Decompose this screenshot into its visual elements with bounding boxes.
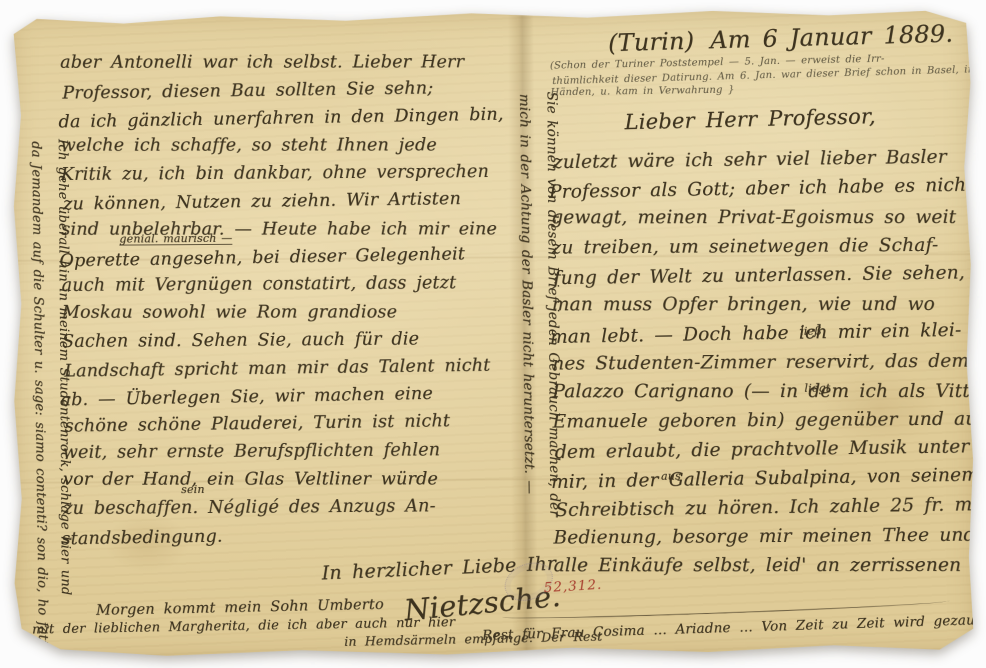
letter-scan: genial. maurisch — sein aber Antonelli w… [0,0,986,668]
place-turin: (Turin) [608,27,695,57]
right-body-line-2: Professor als Gott; aber ich habe es nic… [549,170,986,207]
editorial-annotation: (Schon der Turiner Poststempel — 5. Jan.… [550,51,986,102]
right-body-line-8: nes Studenten-Zimmer reservirt, das dem [552,347,986,379]
right-body-line-15: alle Einkäufe selbst, leid' an zerrissen… [554,551,986,580]
accession-number: 52,312. [543,577,602,596]
center-fold-note: Sie können von diesem Brief jeden Gebrau… [512,91,566,443]
left-body-line-16: vor der Hand, ein Glas Veltliner würde [63,466,507,494]
bottom-note-umberto: Morgen kommt mein Sohn Umberto [96,597,384,619]
center-margin-line-1: Sie können von diesem Brief jeden Gebrau… [538,91,566,443]
left-body-line-11: Sachen sind. Sehen Sie, auch für die [62,326,506,357]
right-page-body: ließ liegt aus zuletzt wäre ich sehr vie… [551,144,986,582]
left-page: genial. maurisch — sein aber Antonelli w… [60,48,508,587]
right-page: (Turin)Am 6 Januar 1889. (Schon der Turi… [550,23,986,582]
salutation: Lieber Herr Professor, [624,101,986,134]
right-body-line-5: fung der Welt zu unterlassen. Sie sehen, [553,258,986,293]
left-body-line-7: sind unbelehrbar. — Heute habe ich mir e… [61,216,505,244]
left-body-line-6: zu können, Nutzen zu ziehn. Wir Artisten [63,185,507,219]
left-margin-note: Ich gehe überall hin in meinem Studenten… [25,139,78,575]
date-6-januar-1889: Am 6 Januar 1889. [710,20,954,55]
left-margin-line-1: Ich gehe überall hin in meinem Studenten… [50,139,78,575]
right-body-line-13: Schreibtisch zu hören. Ich zahle 25 fr. … [555,490,986,525]
right-body-line-9: Palazzo Carignano (— in dem ich als Vitt… [552,377,986,406]
paper-wrapper: genial. maurisch — sein aber Antonelli w… [0,0,986,668]
right-body-line-10: Emanuele geboren bin) gegenüber und auße… [553,405,986,437]
left-body-line-10: Moskau sowohl wie Rom grandiose [62,299,506,327]
center-margin-line-2: mich in der Achtung der Basler nicht her… [511,94,542,446]
left-body-line-1: aber Antonelli war ich selbst. Lieber He… [60,49,504,77]
right-body-line-6: man muss Opfer bringen, wie und wo [552,290,986,319]
closing-formula: In herzlicher Liebe Ihr [321,553,508,589]
right-body-line-14: Bedienung, besorge mir meinen Thee und [553,521,986,553]
left-body-line-18: standsbedingung. [61,518,505,554]
left-page-body: genial. maurisch — sein aber Antonelli w… [60,48,507,551]
right-body-line-3: gewagt, meinen Privat-Egoismus so weit [551,203,986,232]
left-body-line-4: welche ich schaffe, so steht Ihnen jede [61,133,505,161]
right-body-line-4: zu treiben, um seinetwegen die Schaf- [551,231,986,263]
letter-paper: genial. maurisch — sein aber Antonelli w… [8,5,979,662]
left-body-line-15: weit, sehr ernste Berufspflichten fehlen [63,437,507,468]
